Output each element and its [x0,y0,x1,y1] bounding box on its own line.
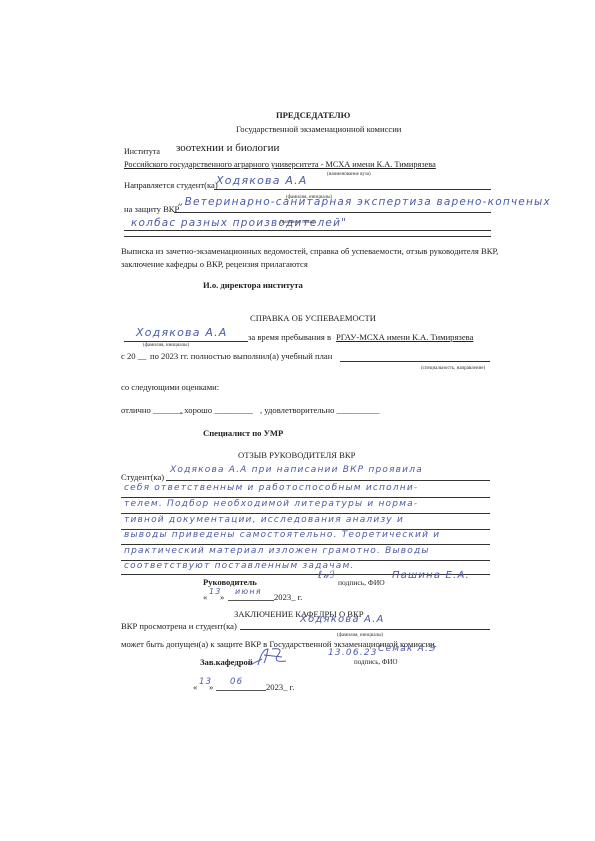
head-label: Зав.кафедрой [200,657,253,667]
review-date-open-quote: « [203,592,207,602]
review-student-label: Студент(ка) [121,472,164,482]
topic-line-2-rule [124,230,491,231]
specialty-caption: (специальность, направление) [421,366,485,371]
topic-line-3-rule [124,236,491,237]
director-title: И.о. директора института [203,280,303,290]
period-text: по 2023 гг. полностью выполнил(а) учебны… [150,351,332,361]
review-line-6: практический материал изложен грамотно. … [124,546,430,556]
review-rule-2 [121,497,490,498]
conclusion-student-line [240,629,490,630]
conclusion-date-month: 06 [230,677,243,687]
period-from: с 20 __ [121,351,146,361]
head-name: Семак А.Э [378,644,437,654]
commission-name: Государственной экзаменационной комиссии [236,124,401,134]
grade-satisfactory: , удовлетворительно __________ [260,405,380,415]
review-rule-3 [121,513,490,514]
topic-line-2: колбас разных производителей" [131,217,347,229]
student-name-line [214,189,491,190]
attachments-line-2: заключение кафедры о ВКР, рецензия прила… [121,259,308,269]
reviewed-label: ВКР просмотрена и студент(ка) [121,621,237,631]
grades-intro: со следующими оценками: [121,382,219,392]
head-signature-icon [248,645,292,669]
conclusion-date-close-quote: » [209,682,213,692]
review-line-5: выводы приведены самостоятельно. Теорети… [124,530,440,540]
institute-name: зоотехнии и биологии [176,142,279,154]
topic-line-1-rule [174,212,491,213]
progress-report-title: СПРАВКА ОБ УСПЕВАЕМОСТИ [250,313,376,323]
review-date-month-line [228,600,274,601]
student-name-handwritten: Ходякова А.А [216,174,308,187]
university-short: РГАУ-МСХА имени К.А. Тимирязева [336,332,473,342]
attachments-line-1: Выписка из зачетно-экзаменационных ведом… [121,246,498,256]
stay-text: за время пребывания в [248,332,331,342]
topic-caption: (название темы) [280,220,314,225]
head-signature-date: 13.06.23 [328,648,378,658]
specialist-title: Специалист по УМР [203,428,283,438]
topic-line-1: „Ветеринарно-санитарная экспертиза варен… [178,196,551,208]
review-line-2: себя ответственным и работоспособным исп… [124,483,418,493]
conclusion-date-year: 2023_ г. [266,682,294,692]
supervisor-review-title: ОТЗЫВ РУКОВОДИТЕЛЯ ВКР [238,450,355,460]
review-line-3: телем. Подбор необходимой литературы и н… [124,499,418,509]
review-line-1: Ходякова А.А при написании ВКР проявила [170,465,423,475]
review-rule-5 [121,544,490,545]
addressee-title: ПРЕДСЕДАТЕЛЮ [276,110,350,120]
review-line-4: тивной документации, исследования анализ… [124,515,404,525]
grade-good: , хорошо _________ [180,405,253,415]
grade-excellent: отлично _______ [121,405,183,415]
university-caption: (наименование вуза) [327,172,371,177]
supervisor-signature-caption: подпись, ФИО [338,578,385,587]
conclusion-student-caption: (фамилия, инициалы) [337,633,383,638]
referral-label: Направляется студент(ка) [124,180,218,190]
university-name: Российского государственного аграрного у… [124,160,436,169]
review-date-month: июня [235,587,262,596]
progress-student-handwritten: Ходякова А.А [136,326,228,339]
supervisor-signature: ℓ𝒶ℐ [318,570,336,581]
review-date-year: 2023_ г. [274,592,302,602]
conclusion-date-open-quote: « [193,682,197,692]
conclusion-student-handwritten: Ходякова А.А [300,614,385,625]
defense-label: на защиту ВКР [124,204,179,214]
supervisor-label: Руководитель [203,577,257,587]
head-signature-caption: подпись, ФИО [354,658,398,666]
progress-student-caption: (фамилия, инициалы) [143,343,189,348]
review-rule-1 [166,480,490,481]
review-date-close-quote: » [220,592,224,602]
supervisor-name: Пашина Е.А. [392,570,470,581]
institute-label: Института [124,147,160,156]
progress-student-line [124,341,248,342]
specialty-line [340,361,490,362]
conclusion-date-month-line [216,690,266,691]
